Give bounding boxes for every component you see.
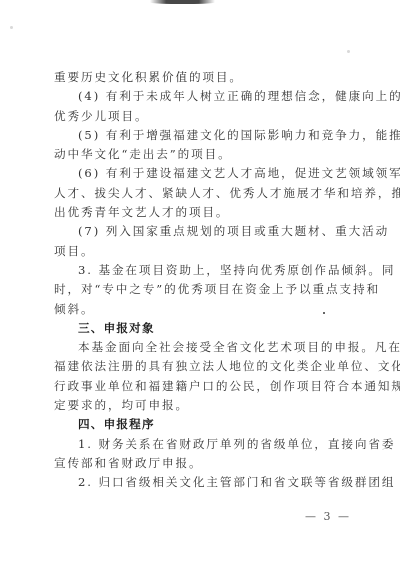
section-heading-procedure: 四、申报程序 — [54, 415, 354, 434]
text-line: 重要历史文化积累价值的项目。 — [54, 68, 354, 87]
scan-smudge — [150, 0, 215, 4]
page-number: — 3 — — [305, 510, 351, 523]
procedure-item-1: 1. 财务关系在省财政厅单列的省级单位，直接向省委 — [54, 435, 354, 454]
list-item-7: (7) 列入国家重点规划的项目或重大题材、重大活动 — [54, 222, 354, 241]
text-line: 时，对“专中之专”的优秀项目在资金上予以重点支持和 — [54, 280, 354, 299]
text-line: 人才、拔尖人才、紧缺人才、优秀人才施展才华和培养，推 — [54, 184, 354, 203]
text-line: 定要求的，均可申报。 — [54, 396, 354, 415]
document-body: 重要历史文化积累价值的项目。 (4) 有利于未成年人树立正确的理想信念，健康向上… — [54, 68, 354, 493]
text-line: 福建依法注册的具有独立法人地位的文化类企业单位、文化 — [54, 357, 354, 376]
text-line: 出优秀青年文艺人才的项目。 — [54, 203, 354, 222]
scan-mark — [323, 312, 325, 314]
text-line: 宣传部和省财政厅申报。 — [54, 454, 354, 473]
text-line: 行政事业单位和福建籍户口的公民，创作项目符合本通知规 — [54, 377, 354, 396]
text-line: 倾斜。 — [54, 300, 354, 319]
list-item-4: (4) 有利于未成年人树立正确的理想信念，健康向上的 — [54, 87, 354, 106]
text-line: 动中华文化“走出去”的项目。 — [54, 145, 354, 164]
paragraph-applicants: 本基金面向全社会接受全省文化艺术项目的申报。凡在 — [54, 338, 354, 357]
text-line: 项目。 — [54, 242, 354, 261]
list-item-6: (6) 有利于建设福建文艺人才高地，促进文艺领域领军 — [54, 164, 354, 183]
section-heading-applicants: 三、申报对象 — [54, 319, 354, 338]
list-item-5: (5) 有利于增强福建文化的国际影响力和竞争力，能推 — [54, 126, 354, 145]
procedure-item-2: 2. 归口省级相关文化主管部门和省文联等省级群团组 — [54, 473, 354, 492]
scan-speck — [347, 50, 350, 53]
text-line: 优秀少儿项目。 — [54, 107, 354, 126]
paragraph-3: 3. 基金在项目资助上，坚持向优秀原创作品倾斜。同 — [54, 261, 354, 280]
scan-speck — [10, 26, 13, 29]
